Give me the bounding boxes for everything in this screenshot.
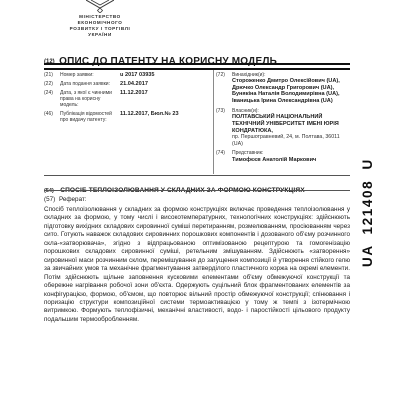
double-rule <box>44 63 350 70</box>
inid-code-57: (57) <box>44 196 55 203</box>
ministry-line: УКРАЇНИ <box>40 32 160 38</box>
inid-code: (73) <box>216 108 232 147</box>
separator-rule <box>44 190 350 191</box>
field-value: 21.04.2017 <box>120 81 210 87</box>
field-label: Публікація відомостей про видачу патенту… <box>60 111 120 124</box>
patent-document-page: МІНІСТЕРСТВО ЕКОНОМІЧНОГО РОЗВИТКУ І ТОР… <box>0 0 400 400</box>
ministry-emblem-icon <box>86 0 114 13</box>
field-label: Номер заявки: <box>60 72 120 78</box>
field-label: Дата, з якої є чинними права на корисну … <box>60 90 120 109</box>
abstract-heading-text: Реферат: <box>59 196 87 203</box>
inventor-name: Дрючко Олександр Григорович (UA), <box>232 85 348 92</box>
column-divider <box>213 70 214 174</box>
field-value: 11.12.2017, Бюл.№ 23 <box>120 111 210 124</box>
inid-code: (46) <box>44 111 60 124</box>
owner-name: ПОЛТАВСЬКИЙ НАЦІОНАЛЬНИЙ ТЕХНІЧНИЙ УНІВЕ… <box>232 114 348 134</box>
field-representative: (74) Представник: Тимофєєв Анатолій Марк… <box>216 150 348 163</box>
representative-name: Тимофєєв Анатолій Маркович <box>232 157 348 164</box>
abstract-heading: (57) Реферат: <box>44 196 87 203</box>
ministry-name: МІНІСТЕРСТВО ЕКОНОМІЧНОГО РОЗВИТКУ І ТОР… <box>40 14 160 38</box>
inventor-name: Іваницька Ірина Олександрівна (UA) <box>232 98 348 105</box>
invention-title: (54) СПОСІБ ТЕПЛОІЗОЛЮВАННЯ У СКЛАДНИХ З… <box>44 179 350 197</box>
inid-code: (22) <box>44 81 60 87</box>
inid-code: (72) <box>216 72 232 105</box>
inid-code-54: (54) <box>44 188 54 194</box>
patent-number-vertical: UA 121408 U <box>354 165 382 267</box>
abstract-text: Спосіб теплоізолювання у складних за фор… <box>44 206 350 324</box>
biblio-right-column: (72) Винахідник(и): Стороженко Дмитро Ол… <box>216 72 348 167</box>
field-effective-date: (24) Дата, з якої є чинними права на кор… <box>44 90 210 109</box>
inventor-name: Бунякіна Наталія Володимирівна (UA), <box>232 91 348 98</box>
field-value: 11.12.2017 <box>120 90 210 109</box>
field-application-number: (21) Номер заявки: u 2017 03935 <box>44 72 210 78</box>
inid-code: (21) <box>44 72 60 78</box>
biblio-left-column: (21) Номер заявки: u 2017 03935 (22) Дат… <box>44 72 210 126</box>
inid-code: (74) <box>216 150 232 163</box>
field-owner: (73) Власник(и): ПОЛТАВСЬКИЙ НАЦІОНАЛЬНИ… <box>216 108 348 147</box>
owner-address: пр. Першотравневий, 24, м. Полтава, 3601… <box>232 134 348 147</box>
inid-code: (24) <box>44 90 60 109</box>
field-value: u 2017 03935 <box>120 72 210 78</box>
inventor-name: Стороженко Дмитро Олексійович (UA), <box>232 78 348 85</box>
field-filing-date: (22) Дата подання заявки: 21.04.2017 <box>44 81 210 87</box>
field-inventors: (72) Винахідник(и): Стороженко Дмитро Ол… <box>216 72 348 105</box>
separator-rule <box>44 175 350 176</box>
field-label: Дата подання заявки: <box>60 81 120 87</box>
field-publication: (46) Публікація відомостей про видачу па… <box>44 111 210 124</box>
